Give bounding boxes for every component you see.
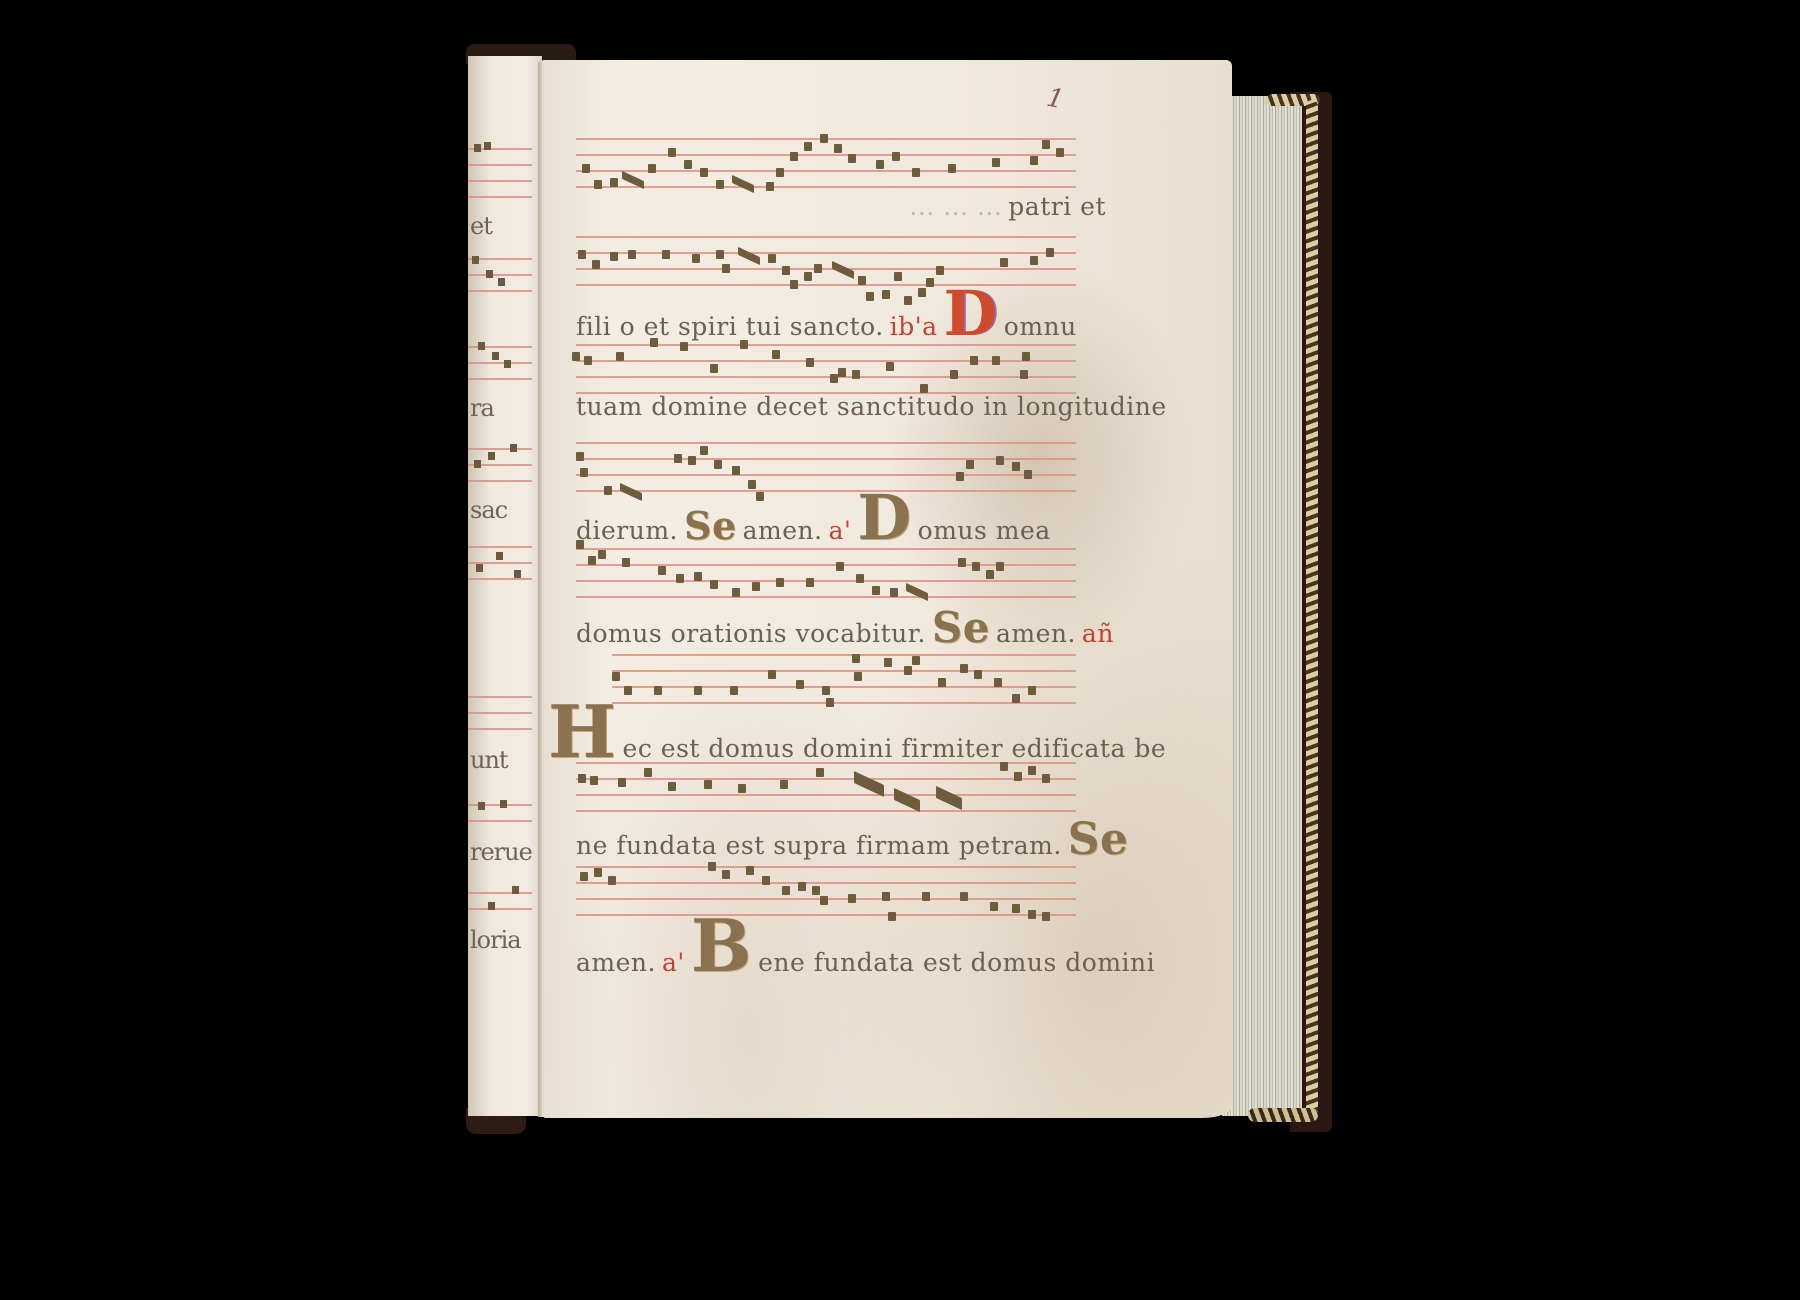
lyric-text: omus mea — [918, 516, 1051, 545]
music-staff — [576, 548, 1076, 596]
music-staff — [576, 866, 1076, 914]
staff-line — [468, 728, 532, 730]
cue-initial-s: Se — [1068, 812, 1129, 868]
staff-line — [468, 820, 532, 822]
cue-initial-s: Se — [932, 600, 990, 656]
verso-text-fragment: sac — [470, 496, 507, 524]
neume — [474, 460, 481, 468]
music-staff — [576, 138, 1076, 186]
chant-text-line-1: ... ... ... patri et — [576, 192, 1106, 228]
chant-text-line-6: H ec est domus domini firmiter edificata… — [548, 704, 1108, 740]
lyric-text: omnu — [1004, 312, 1077, 341]
neume — [488, 902, 495, 910]
staff-line — [468, 448, 532, 450]
staff-line — [468, 892, 532, 894]
chant-text-line-8: amen. a' B ene fundata est domus domini — [576, 918, 1136, 954]
staff-line — [468, 290, 532, 292]
neume — [478, 802, 485, 810]
chant-text-line-7: ne fundata est supra firmam petram. Se — [576, 812, 1136, 848]
rubric-text: a' — [662, 948, 685, 977]
neume — [478, 342, 485, 350]
staff-line — [468, 378, 532, 380]
staff-line — [468, 164, 532, 166]
verso-text-fragment: unt — [470, 746, 508, 774]
lyric-text: domus orationis vocabitur. — [576, 619, 926, 648]
music-staff — [576, 236, 1076, 284]
illuminated-initial-h: H — [548, 704, 617, 760]
recto-page: 1 ... ... ... patri et — [542, 60, 1232, 1118]
staff-line — [468, 274, 532, 276]
lyric-text: amen. — [996, 619, 1076, 648]
neume — [496, 552, 503, 560]
page-fore-edge — [1222, 96, 1302, 1116]
neume — [504, 360, 511, 368]
neume — [492, 352, 499, 360]
music-staff — [576, 344, 1076, 392]
lyric-text: patri et — [1008, 192, 1106, 221]
lyric-text: fili o et spiri tui sancto. — [576, 312, 884, 341]
lyric-text: dierum. — [576, 516, 678, 545]
neume — [510, 444, 517, 452]
staff-line — [468, 480, 532, 482]
neume — [514, 570, 521, 578]
open-manuscript-book: et ra sac unt rerue — [0, 0, 1800, 1300]
folio-number: 1 — [1044, 83, 1066, 116]
illuminated-initial-b: B — [691, 918, 752, 974]
rubric-text: ib'a — [890, 312, 938, 341]
staff-line — [468, 908, 532, 910]
chant-text-line-5: domus orationis vocabitur. Se amen. añ — [576, 600, 1136, 636]
binding-cord-bottom — [1248, 1108, 1318, 1122]
neume — [488, 452, 495, 460]
neume — [474, 144, 481, 152]
chant-text-line-2: fili o et spiri tui sancto. ib'a D omnu — [576, 286, 1136, 322]
staff-line — [468, 712, 532, 714]
music-staff — [576, 762, 1076, 810]
staff-line — [468, 546, 532, 548]
rubric-antiphon-marker: añ — [1082, 619, 1114, 648]
neume — [472, 256, 479, 264]
neume — [484, 142, 491, 150]
lyric-text: ene fundata est domus domini — [758, 948, 1155, 977]
music-staff — [612, 654, 1076, 702]
binding-cord — [1306, 100, 1318, 1115]
staff-line — [468, 196, 532, 198]
neume — [498, 278, 505, 286]
rubric-text: a' — [829, 516, 852, 545]
music-staff — [576, 442, 1076, 490]
verso-text-fragment: rerue — [470, 838, 532, 866]
lyric-text: tuam domine decet sanctitudo in longitud… — [576, 392, 1167, 421]
illuminated-initial-d-with-face: D — [857, 490, 911, 546]
staff-line — [468, 696, 532, 698]
staff-line — [468, 362, 532, 364]
verso-text-fragment: loria — [470, 926, 521, 954]
verso-text-fragment: et — [470, 212, 492, 240]
chant-text-line-4: dierum. Se amen. a' D omus mea — [576, 490, 1136, 526]
lyric-text: amen. — [743, 516, 823, 545]
lyric-text: amen. — [576, 948, 656, 977]
faded-text: ... ... ... — [909, 192, 1002, 221]
chant-text-line-3: tuam domine decet sanctitudo in longitud… — [576, 392, 1136, 428]
neume — [476, 564, 483, 572]
neume — [500, 800, 507, 808]
verso-text-fragment: ra — [470, 394, 494, 422]
lyric-text: ne fundata est supra firmam petram. — [576, 831, 1062, 860]
cue-initial-s: Se — [684, 498, 737, 554]
neume — [486, 270, 493, 278]
lyric-text: ec est domus domini firmiter edificata b… — [623, 734, 1167, 763]
illuminated-initial-d: D — [944, 286, 998, 342]
staff-line — [468, 180, 532, 182]
verso-page-edge: et ra sac unt rerue — [468, 56, 542, 1116]
neume — [512, 886, 519, 894]
staff-line — [468, 578, 532, 580]
